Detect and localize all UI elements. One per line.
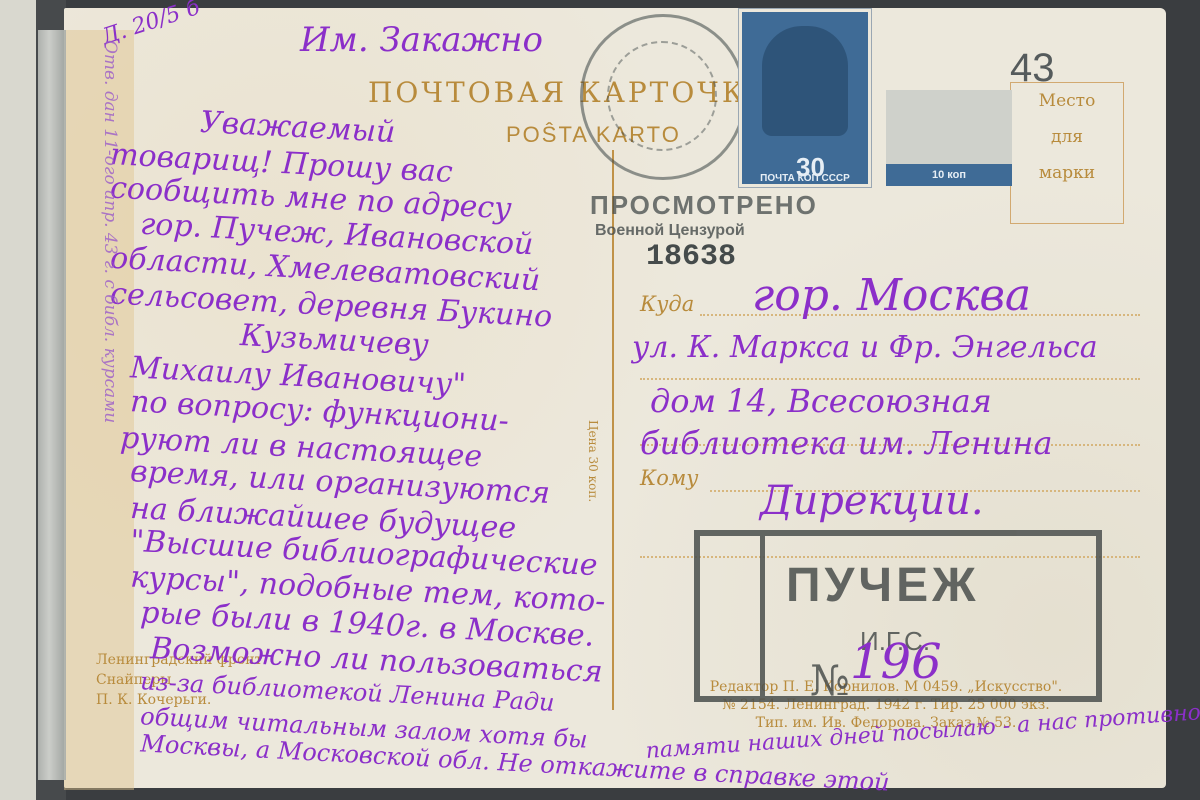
address-city: гор. Москва [752, 270, 1031, 321]
box-number-prefix: № [810, 656, 850, 705]
handwritten-margin-note: Отв. дан 11-ого апр. 43 г. с библ. курса… [100, 40, 120, 423]
recipient: Дирекции. [760, 478, 984, 524]
pilot-figure-icon [762, 26, 848, 136]
censor-stamp-line-2: Военной Цензурой [595, 222, 745, 240]
address-label-where: Куда [640, 292, 694, 316]
address-street: ул. К. Маркса и Фр. Энгельса [632, 330, 1098, 365]
stamp-band-text: ПОЧТА КОП СССР [742, 173, 868, 184]
postmark-inner-ring [607, 41, 717, 151]
postage-stamp-30: 30 ПОЧТА КОП СССР [742, 12, 868, 184]
price-vertical: Цена 30 коп. [586, 420, 600, 502]
round-postmark [580, 14, 746, 180]
stamp-placeholder-box: Место для марки [1010, 82, 1124, 224]
pencil-archive-number: 43 [1010, 46, 1055, 91]
stamp-value: 10 [932, 169, 944, 181]
handwritten-header: Им. Закажно [300, 20, 543, 60]
postage-stamp-10-torn: 10 коп [886, 90, 1012, 186]
address-library: библиотека им. Ленина [640, 424, 1053, 462]
stamp-place-line-3: марки [1011, 155, 1123, 191]
box-separator [760, 536, 765, 696]
box-city: ПУЧЕЖ [786, 558, 979, 613]
address-line-2 [640, 378, 1140, 380]
stamp-band-text: 10 коп [886, 164, 1012, 186]
stamp-unit: коп [947, 169, 966, 181]
address-label-whom: Кому [640, 466, 699, 490]
archival-tape [38, 30, 66, 780]
censor-stamp-line-1: ПРОСМОТРЕНО [590, 190, 818, 221]
album-page-left [0, 0, 38, 800]
registration-number: 196 [850, 634, 942, 690]
stamp-place-line-2: для [1011, 119, 1123, 155]
address-building: дом 14, Всесоюзная [650, 382, 992, 420]
censor-number: 18638 [646, 240, 736, 274]
